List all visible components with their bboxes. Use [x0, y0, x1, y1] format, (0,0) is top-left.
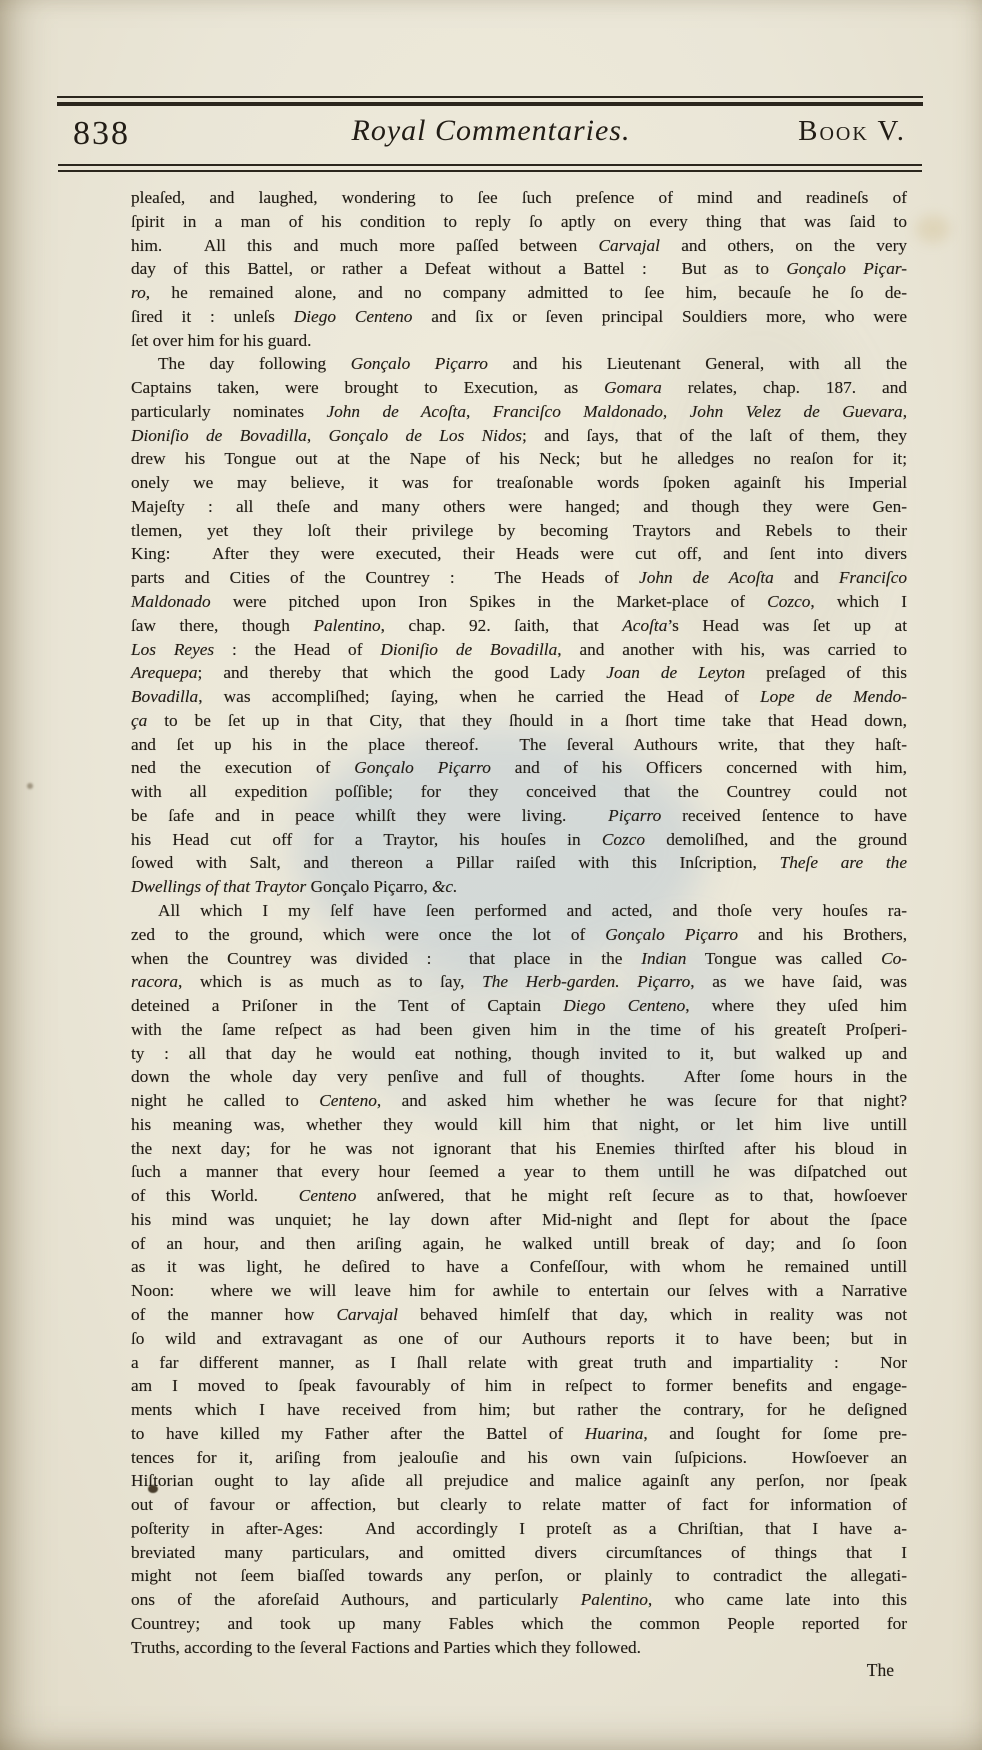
text-line: out of favour or affection, but clearly … [131, 1493, 907, 1517]
text-line: Hiſtorian ought to lay aſide all prejudi… [131, 1469, 907, 1493]
text-line: ned the execution of Gonçalo Piçarro and… [131, 756, 907, 780]
text-line: breviated many particulars, and omitted … [131, 1541, 907, 1565]
text-line: ſpirit in a man of his condition to repl… [131, 210, 907, 234]
text-line: Bovadilla, was accompliſhed; ſaying, whe… [131, 685, 907, 709]
text-line: Dwellings of that Traytor Gonçalo Piçarr… [131, 875, 907, 899]
text-line: Arequepa; and thereby that which the goo… [131, 661, 907, 685]
text-line: his mind was unquiet; he lay down after … [131, 1208, 907, 1232]
margin-mark [27, 783, 33, 789]
text-line: him. All this and much more paſſed betwe… [131, 234, 907, 258]
text-line: ſired it : unleſs Diego Centeno and ſix … [131, 305, 907, 329]
text-line: parts and Cities of the Countrey : The H… [131, 566, 907, 590]
text-line: tlemen, yet they loſt their privilege by… [131, 519, 907, 543]
text-line: with all expedition poſſible; for they c… [131, 780, 907, 804]
text-line: his Head cut off for a Traytor, his houſ… [131, 828, 907, 852]
text-line: tences for it, ariſing from jealouſie an… [131, 1446, 907, 1470]
text-line: day of this Battel, or rather a Defeat w… [131, 257, 907, 281]
header-rule-top-thin [57, 96, 923, 98]
text-line: Dioniſio de Bovadilla, Gonçalo de Los Ni… [131, 424, 907, 448]
text-line: Truths, according to the ſeveral Faction… [131, 1636, 907, 1660]
text-line: when the Countrey was divided : that pla… [131, 947, 907, 971]
catchword: The [867, 1660, 894, 1681]
text-line: Maldonado were pitched upon Iron Spikes … [131, 590, 907, 614]
text-line: be ſafe and in peace whilſt they were li… [131, 804, 907, 828]
header-rule-bottom-thin [58, 164, 922, 166]
text-line: to have killed my Father after the Batte… [131, 1422, 907, 1446]
text-line: Los Reyes : the Head of Dioniſio de Bova… [131, 638, 907, 662]
text-line: King: After they were executed, their He… [131, 542, 907, 566]
text-line: the next day; for he was not ignorant th… [131, 1137, 907, 1161]
text-line: of this World. Centeno anſwered, that he… [131, 1184, 907, 1208]
text-line: racora, which is as much as to ſay, The … [131, 970, 907, 994]
text-line: ça to be ſet up in that City, that they … [131, 709, 907, 733]
text-line: zed to the ground, which were once the l… [131, 923, 907, 947]
body-text: pleaſed, and laughed, wondering to ſee ſ… [131, 186, 907, 1659]
text-line: down the whole day very penſive and full… [131, 1065, 907, 1089]
text-line: Noon: where we will leave him for awhile… [131, 1279, 907, 1303]
text-line: ments which I have received from him; bu… [131, 1398, 907, 1422]
text-line: The day following Gonçalo Piçarro and hi… [131, 352, 907, 376]
text-line: ſuch a manner that every hour ſeemed a y… [131, 1160, 907, 1184]
book-label: Book V. [798, 115, 906, 148]
text-line: ſaw there, though Palentino, chap. 92. ſ… [131, 614, 907, 638]
text-line: Countrey; and took up many Fables which … [131, 1612, 907, 1636]
book-page: 838 Royal Commentaries. Book V. pleaſed,… [0, 0, 982, 1750]
text-line: ty : all that day he would eat nothing, … [131, 1042, 907, 1066]
text-line: night he called to Centeno, and asked hi… [131, 1089, 907, 1113]
text-line: deteined a Priſoner in the Tent of Capta… [131, 994, 907, 1018]
text-line: ſo wild and extravagant as one of our Au… [131, 1327, 907, 1351]
text-line: Captains taken, were brought to Executio… [131, 376, 907, 400]
text-line: of an hour, and then ariſing again, he w… [131, 1232, 907, 1256]
text-line: ſowed with Salt, and thereon a Pillar ra… [131, 851, 907, 875]
text-line: onely we may believe, it was for treaſon… [131, 471, 907, 495]
text-line: ons of the aforeſaid Authours, and parti… [131, 1588, 907, 1612]
paper-stain [916, 215, 950, 243]
text-line: ro, he remained alone, and no company ad… [131, 281, 907, 305]
text-line: ſet over him for his guard. [131, 329, 907, 353]
header-rule-top-thick [57, 102, 923, 106]
header-rule-bottom-thick [58, 170, 922, 172]
text-line: as it was light, he deſired to have a Co… [131, 1255, 907, 1279]
text-line: poſterity in after-Ages: And accordingly… [131, 1517, 907, 1541]
text-line: with the ſame reſpect as had been given … [131, 1018, 907, 1042]
text-line: drew his Tongue out at the Nape of his N… [131, 447, 907, 471]
text-line: All which I my ſelf have ſeen performed … [131, 899, 907, 923]
text-line: a far different manner, as I ſhall relat… [131, 1351, 907, 1375]
text-line: his meaning was, whether they would kill… [131, 1113, 907, 1137]
text-line: am I moved to ſpeak favourably of him in… [131, 1374, 907, 1398]
text-line: particularly nominates John de Acoſta, F… [131, 400, 907, 424]
text-line: might not ſeem biaſſed towards any perſo… [131, 1564, 907, 1588]
text-line: Majeſty : all theſe and many others were… [131, 495, 907, 519]
text-line: pleaſed, and laughed, wondering to ſee ſ… [131, 186, 907, 210]
text-line: and ſet up his in the place thereof. The… [131, 733, 907, 757]
text-line: of the manner how Carvajal behaved himſe… [131, 1303, 907, 1327]
